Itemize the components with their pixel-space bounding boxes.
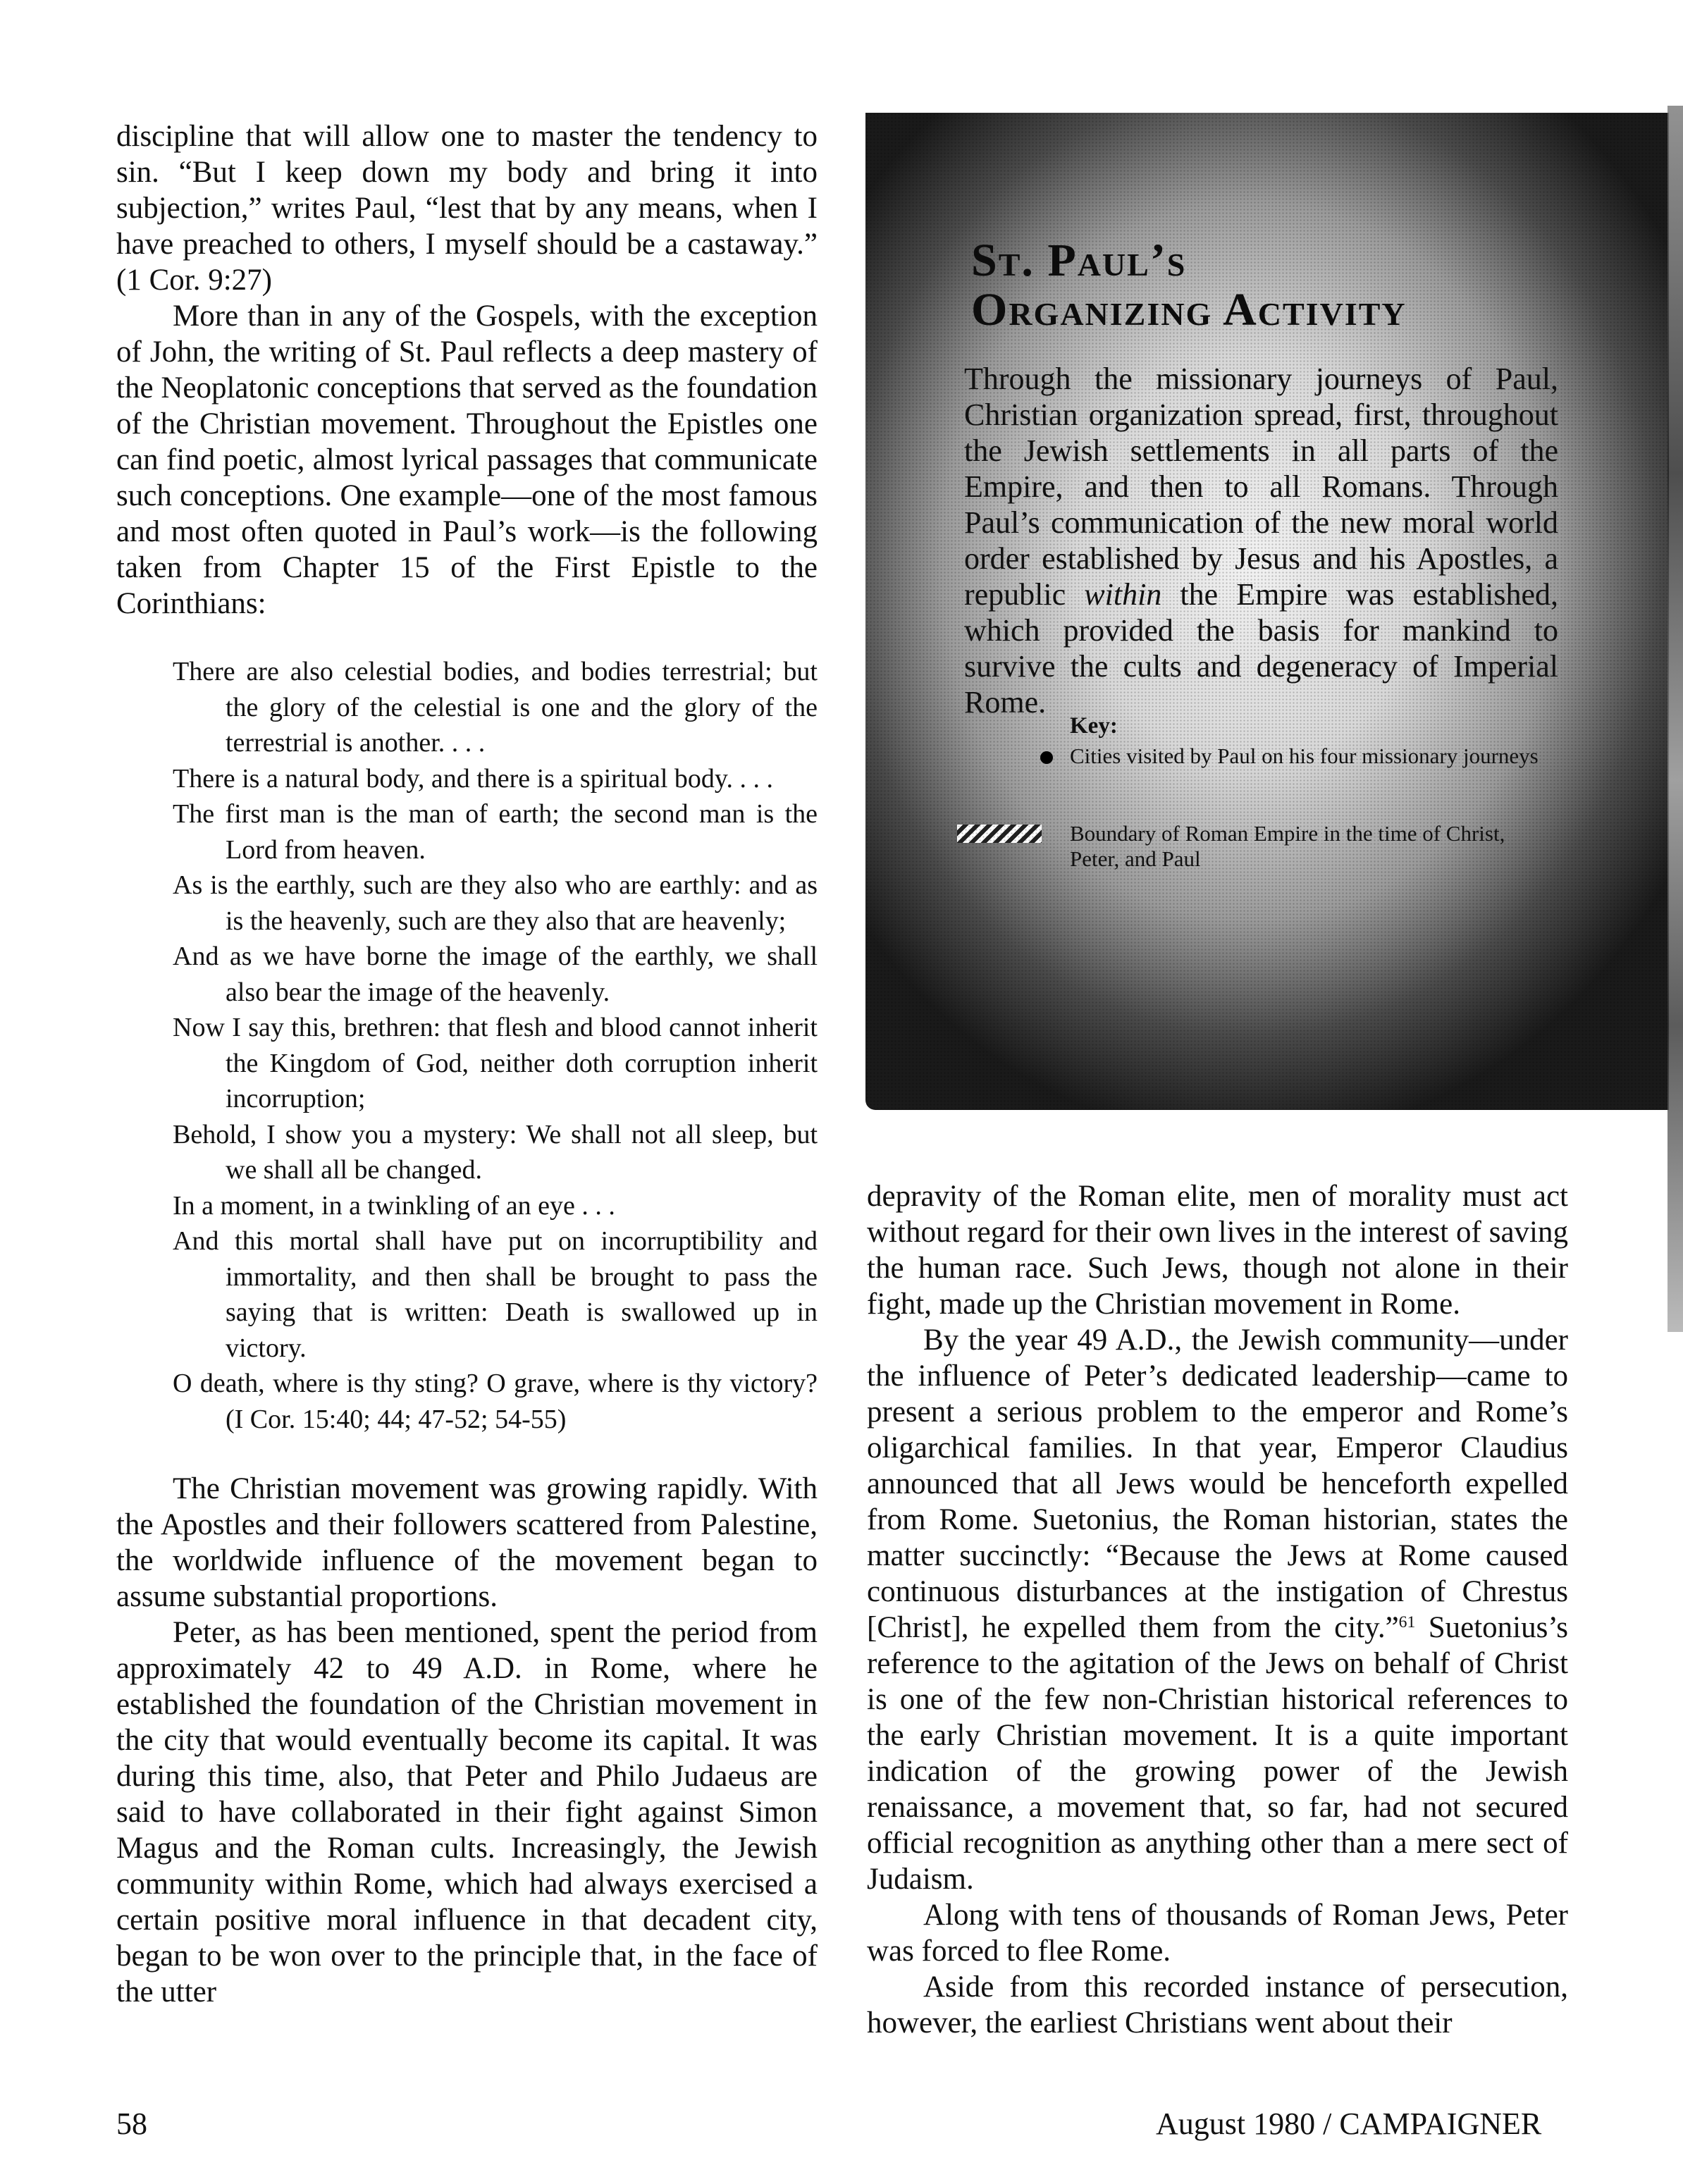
- hatch-icon: [957, 825, 1042, 843]
- running-foot: August 1980 / CAMPAIGNER: [1156, 2106, 1541, 2142]
- verse-line: In a moment, in a twinkling of an eye . …: [173, 1188, 818, 1224]
- scripture-quotation: There are also celestial bodies, and bod…: [173, 654, 818, 1437]
- paragraph-text: By the year 49 A.D., the Jewish communit…: [867, 1324, 1568, 1644]
- sidebar-panel: St. Paul’s Organizing Activity Through t…: [865, 113, 1669, 1110]
- verse-line: Behold, I show you a mystery: We shall n…: [173, 1117, 818, 1188]
- verse-line: And as we have borne the image of the ea…: [173, 939, 818, 1010]
- page-number: 58: [116, 2106, 147, 2142]
- paragraph: More than in any of the Gospels, with th…: [116, 298, 818, 622]
- sidebar-emphasis: within: [1084, 577, 1161, 612]
- sidebar-title: St. Paul’s Organizing Activity: [971, 236, 1407, 335]
- paragraph: Aside from this recorded instance of per…: [867, 1969, 1568, 2041]
- paragraph: The Christian movement was growing rapid…: [116, 1471, 818, 1615]
- key-item-cities: Cities visited by Paul on his four missi…: [1070, 744, 1549, 769]
- paragraph: Peter, as has been mentioned, spent the …: [116, 1615, 818, 2010]
- sidebar-title-line: St. Paul’s: [971, 236, 1407, 285]
- paragraph: By the year 49 A.D., the Jewish communit…: [867, 1322, 1568, 1897]
- dot-icon: [1040, 751, 1053, 764]
- verse-line: There are also celestial bodies, and bod…: [173, 654, 818, 761]
- paragraph: Along with tens of thousands of Roman Je…: [867, 1897, 1568, 1969]
- verse-line: As is the earthly, such are they also wh…: [173, 868, 818, 939]
- verse-line: There is a natural body, and there is a …: [173, 761, 818, 797]
- sidebar-title-line: Organizing Activity: [971, 285, 1407, 335]
- verse-line: And this mortal shall have put on incorr…: [173, 1223, 818, 1366]
- verse-line: O death, where is thy sting? O grave, wh…: [173, 1366, 818, 1437]
- right-column: depravity of the Roman elite, men of mor…: [867, 1178, 1568, 2041]
- left-column: discipline that will allow one to master…: [116, 118, 818, 2010]
- key-label: Key:: [1070, 713, 1118, 739]
- paragraph: depravity of the Roman elite, men of mor…: [867, 1178, 1568, 1322]
- scan-edge: [1667, 106, 1683, 1332]
- sidebar-text: Through the missionary journeys of Paul,…: [964, 362, 1558, 612]
- verse-line: The first man is the man of earth; the s…: [173, 796, 818, 868]
- paragraph-text: Suetonius’s reference to the agitation o…: [867, 1611, 1568, 1896]
- footnote-ref[interactable]: 61: [1399, 1613, 1416, 1631]
- sidebar-body: Through the missionary journeys of Paul,…: [964, 361, 1558, 720]
- paragraph: discipline that will allow one to master…: [116, 118, 818, 298]
- key-item-boundary: Boundary of Roman Empire in the time of …: [1070, 821, 1549, 872]
- verse-line: Now I say this, brethren: that flesh and…: [173, 1010, 818, 1117]
